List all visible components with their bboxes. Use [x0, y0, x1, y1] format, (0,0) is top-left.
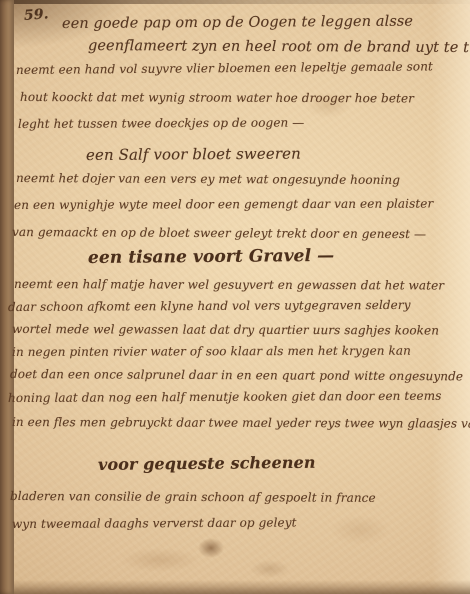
manuscript-line: en een wynighje wyte meel door een gemen… — [14, 197, 433, 212]
paper-stain — [250, 560, 290, 578]
page-bottom-edge — [0, 580, 470, 594]
manuscript-line: leght het tussen twee doeckjes op de oog… — [18, 116, 304, 131]
manuscript-page: 59. een goede pap om op de Oogen te legg… — [0, 0, 470, 594]
binding-crease-line — [14, 0, 17, 594]
paper-stain — [330, 515, 390, 545]
page-right-edge — [432, 0, 470, 594]
manuscript-line: daar schoon afkomt een klyne hand vol ve… — [8, 298, 411, 314]
manuscript-line: in een fles men gebruyckt daar twee mael… — [12, 415, 470, 431]
manuscript-line: hout koockt dat met wynig stroom water h… — [20, 90, 414, 105]
page-number: 59. — [23, 6, 49, 24]
manuscript-line: neemt een hand vol suyvre vlier bloemen … — [16, 59, 433, 77]
recipe-heading: voor gequeste scheenen — [98, 453, 316, 474]
manuscript-line: in negen pinten rivier water of soo klaa… — [12, 344, 411, 359]
manuscript-line: neemt het dojer van een vers ey met wat … — [16, 171, 400, 187]
manuscript-line: doet dan een once salprunel daar in en e… — [10, 367, 463, 383]
manuscript-line: wortel mede wel gewassen laat dat dry qu… — [12, 322, 439, 337]
paper-stain — [120, 548, 200, 572]
manuscript-line: honing laat dan nog een half menutje koo… — [8, 389, 442, 405]
recipe-heading: een Salf voor bloet sweeren — [86, 145, 301, 164]
book-binding-edge — [0, 0, 14, 594]
page-top-edge — [0, 0, 470, 4]
manuscript-line: bladeren van consilie de grain schoon af… — [10, 489, 376, 505]
manuscript-line: van gemaackt en op de bloet sweer geleyt… — [12, 225, 426, 241]
manuscript-line: neemt een half matje haver wel gesuyvert… — [14, 277, 444, 293]
ink-stain — [198, 538, 224, 558]
recipe-heading: een goede pap om op de Oogen te leggen a… — [62, 14, 413, 32]
recipe-heading: een tisane voort Gravel — — [88, 246, 334, 268]
manuscript-line: wyn tweemaal daaghs ververst daar op gel… — [12, 516, 297, 531]
recipe-heading-continued: geenflameert zyn en heel root om de bran… — [88, 38, 470, 56]
